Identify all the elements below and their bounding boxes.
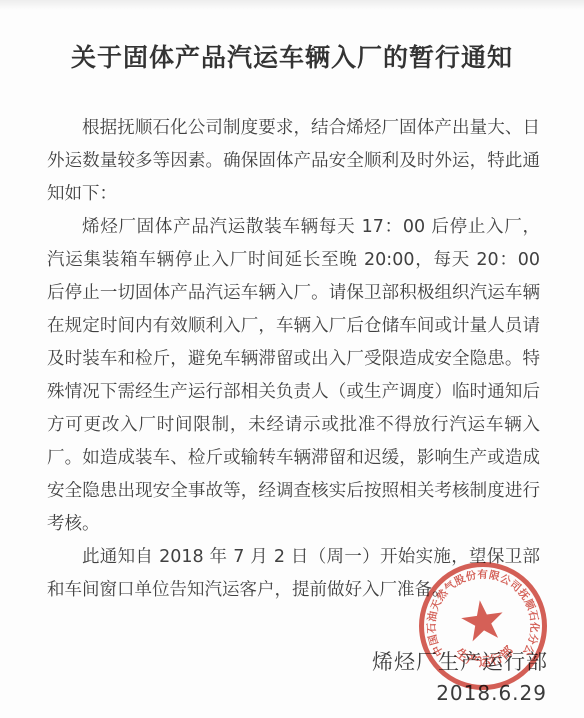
notice-document: 关于固体产品汽运车辆入厂的暂行通知 根据抚顺石化公司制度要求，结合烯烃厂固体产出… [0,0,584,718]
official-seal: 中国石油天然气股份有限公司抚顺石化分公司 生产运行部 [403,546,563,706]
notice-body: 根据抚顺石化公司制度要求，结合烯烃厂固体产出量大、日外运数量较多等因素。确保固体… [47,112,540,607]
seal-star-icon [459,597,506,642]
notice-paragraph-intro: 根据抚顺石化公司制度要求，结合烯烃厂固体产出量大、日外运数量较多等因素。确保固体… [47,112,540,211]
notice-title: 关于固体产品汽运车辆入厂的暂行通知 [20,40,564,76]
notice-paragraph-rules: 烯烃厂固体产品汽运散装车辆每天 17：00 后停止入厂，汽运集装箱车辆停止入厂时… [47,211,540,541]
seal-department-text: 生产运行部 [453,642,517,669]
